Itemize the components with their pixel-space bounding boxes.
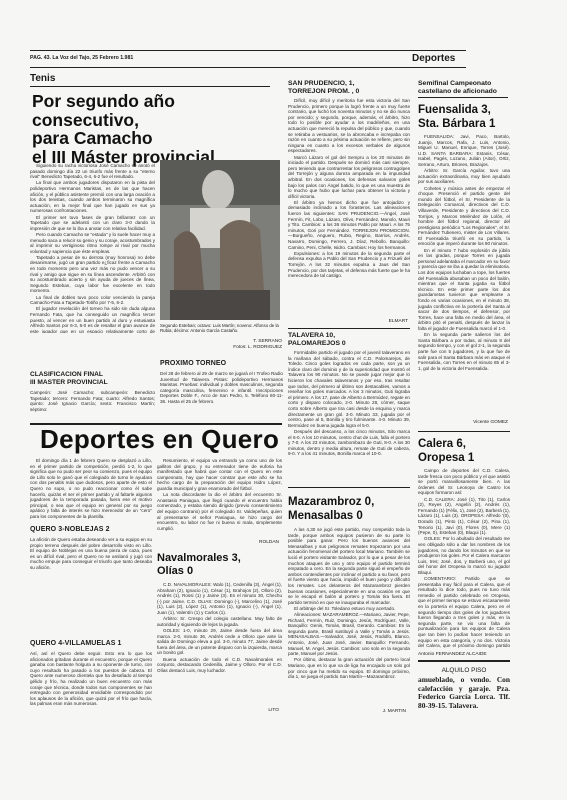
quero-body-left: El domingo día 1 de febrero Quero se des… [30,458,152,520]
page-info: PAG. 43. La Voz del Tajo, 25 Febrero 1.9… [30,55,133,61]
semifinal-heading: Fuensalida 3, Sta. Bárbara 1 [418,103,495,131]
navalmorales-goals: GOLES: 1-0, minuto 29, Jaime desde fuera… [157,628,282,656]
trophy-photo [160,160,280,320]
tenis-article-body: Siguiendo su racha victoriosa José Camac… [30,163,155,333]
semifinal-paragraph: En el minuto 7 hubo explosión de júbilo … [418,248,510,332]
mazarambroz-heading-line-2: Menasalbas 0 [288,509,374,523]
mazarambroz-body: A las 4,30 se jugó este partido, muy com… [288,527,410,705]
tenis-headline: Por segundo año consecutivo, para Camach… [32,92,282,166]
quero-noblejas-heading: QUERO 3-NOBLEJAS 2 [30,526,110,533]
talavera-heading-line-2: PALOMAREJOS 0 [288,340,346,348]
proximo-torneo-text: Del 28 de febrero al 29 de marzo se juga… [160,371,283,405]
san-prudencio-body: Difícil, muy difícil y meritoria fue est… [288,98,410,320]
photo-image-icon [160,160,280,320]
semifinal-body: FUENSALIDA: Javi, Paco, Bartolo, Juanjo,… [418,134,510,416]
tenis-kicker: Tenis [30,73,55,84]
tenis-paragraph: Tapetado a pesar de su derrota (muy honr… [30,255,155,294]
quero-signature: ROLDAN [157,540,279,545]
calera-paragraph: GOLES: Por lo abultado del resultado me … [418,536,510,575]
mazarambroz-paragraph: A las 4,30 se jugó este partido, muy com… [288,527,410,605]
classified-top-rule [418,660,510,662]
calera-signature: Antonio FERNANDEZ ALCAIDE [418,652,487,657]
semifinal-heading-line-2: Sta. Bárbara 1 [418,117,495,131]
classification-heading-line-1: CLASIFICACION FINAL [30,371,108,379]
quero-body-right: Resumiento, el equipo va entrando ya com… [157,458,282,532]
calera-paragraph: C.D. CALERA: José (1), Tito (1), Carlos … [418,497,510,536]
mazarambroz-paragraph: Alineaciones: MAZARAMBROZ.—Mariano, Javi… [288,612,410,657]
tenis-paragraph: La final de dobles tuvo poco color venci… [30,295,155,306]
mazarambroz-signature: J. MARTIN [288,709,406,714]
quero-headline: Deportes en Quero [40,424,279,454]
calera-body: Campo de deportes del C.D. Calera, tarde… [418,468,510,648]
tenis-paragraph: Pero cuando Camacho se "estada" y lo sue… [30,232,155,254]
quero-villamuelas-heading: QUERO 4-VILLAMUELAS 1 [30,640,122,647]
semifinal-signature: Vicente GOMEZ [418,420,508,425]
semifinal-heading-line-1: Fuensalida 3, [418,103,495,117]
semifinal-kicker-line-2: castellano de aficionado [418,88,497,96]
tenis-headline-line-1: Por segundo año consecutivo, [32,92,282,129]
semifinal-paragraph: Cohetes y música antes de empezar el cho… [418,186,510,248]
navalmorales-comment: Buena actuación de todo el C.D. Navalmor… [157,657,282,674]
navalmorales-heading-line-2: Olías 0 [157,565,241,578]
classification-heading: CLASIFICACION FINAL III MASTER PROVINCIA… [30,371,108,387]
navalmorales-heading: Navalmorales 3, Olías 0 [157,552,241,578]
talavera-paragraph: Formidable partido el jugado por el juve… [288,350,410,428]
tenis-photo-credit: Fotos: L. RODRIGUEZ [160,345,282,350]
tenis-paragraph: La final que ambos jugadores disputaron … [30,180,155,214]
masthead-top-rule [30,50,466,51]
talavera-heading: TALAVERA 10, PALOMAREJOS 0 [288,332,346,348]
san-prudencio-paragraph: Difícil, muy difícil y meritoria fue est… [288,98,410,154]
calera-heading-line-1: Calera 6, [418,437,474,451]
navalmorales-referee: Árbitro: Sr. Crespo del colegio castella… [157,616,282,627]
navalmorales-signature: LITO [157,708,279,713]
san-prudencio-rule [288,328,410,329]
tenis-author: T. SERRANO [160,339,282,344]
proximo-torneo-heading: PROXIMO TORNEO [160,360,226,367]
tenis-kicker-rule [30,86,270,87]
navalmorales-body: C.D. NAVALMORALES: Walo (1), Cedenilla (… [157,582,282,674]
navalmorales-heading-line-1: Navalmorales 3, [157,552,241,565]
san-prudencio-heading-line-2: TORREJON PROM. , 0 [288,88,359,96]
section-title: Deportes [412,53,455,64]
san-prudencio-paragraph: Marcó Lázaro el gol del Sempru a los 20 … [288,155,410,200]
mazarambroz-paragraph: El arbitraje del Sr. Toledano estuvo muy… [288,606,410,612]
mazarambroz-paragraph: Por último, destacar la gran actuación d… [288,657,410,679]
mazarambroz-heading-line-1: Mazarambroz 0, [288,495,374,509]
san-prudencio-heading-line-1: SAN PRUDENCIO, 1, [288,80,359,88]
calera-heading: Calera 6, Oropesa 1 [418,437,474,465]
photo-caption: Segundo Esteban; octavo: Luis Martín; no… [160,323,285,333]
san-prudencio-heading: SAN PRUDENCIO, 1, TORREJON PROM. , 0 [288,80,359,96]
quero-noblejas-text: La afición de Quero estaba deseando ver … [30,537,152,632]
calera-paragraph: Campo de deportes del C.D. Calera, tarde… [418,468,510,496]
classification-text: Campeón: José Camacho; subcampeón: Bened… [30,390,155,412]
calera-heading-line-2: Oropesa 1 [418,451,474,465]
mazarambroz-rule [288,487,410,488]
classified-text: amueblado, o vendo. Con calefacción y ga… [418,676,510,710]
semifinal-kicker-rule [418,97,508,98]
tenis-paragraph: Siguiendo su racha victoriosa José Camac… [30,163,155,180]
semifinal-kicker: Semifinal Campeonato castellano de afici… [418,80,497,96]
quero-paragraph: El domingo día 1 de febrero Quero se des… [30,458,152,520]
semifinal-paragraph: FUENSALIDA: Javi, Paco, Bartolo, Juanjo,… [418,134,510,168]
mazarambroz-heading: Mazarambroz 0, Menasalbas 0 [288,495,374,523]
calera-top-rule [418,431,510,432]
talavera-body: Formidable partido el jugado por el juve… [288,350,410,482]
san-prudencio-paragraph: El árbitro ya hemos dicho que fue antoja… [288,200,410,250]
classification-heading-line-2: III MASTER PROVINCIAL [30,379,108,387]
san-prudencio-signature: ELMART [288,319,408,324]
calera-paragraph: COMENTARIO: Partido que se presentaba mu… [418,576,510,648]
semifinal-kicker-line-1: Semifinal Campeonato [418,80,497,88]
san-prudencio-paragraph: Expulsiones: a los 19 minutos de la segu… [288,251,410,279]
tenis-headline-line-2: para Camacho [32,129,282,148]
tenis-paragraph: El jugador revelación del torneo ha sido… [30,306,155,333]
newspaper-page: PAG. 43. La Voz del Tajo, 25 Febrero 1.9… [0,0,567,800]
talavera-heading-line-1: TALAVERA 10, [288,332,346,340]
talavera-paragraph: Después del descanso, a los cinco minuto… [288,429,410,457]
quero-paragraph: La nota discordante la dio el árbitro de… [157,492,282,531]
semifinal-paragraph: En la segunda parte salieron los del San… [418,332,510,371]
quero-villamuelas-text: Así, así el Quero debe seguir. Esto era … [30,651,152,707]
masthead-bottom-rule [30,67,466,68]
tenis-paragraph: El primer set tuvo fases de gran brillan… [30,215,155,232]
classified-title: ALQUILO PISO [418,667,510,674]
navalmorales-lineups: C.D. NAVALMORALES: Walo (1), Cedenilla (… [157,582,282,616]
semifinal-paragraph: Árbitro: Sr. García Aguilar, tuvo una ac… [418,168,510,185]
quero-paragraph: Resumiento, el equipo va entrando ya com… [157,458,282,492]
